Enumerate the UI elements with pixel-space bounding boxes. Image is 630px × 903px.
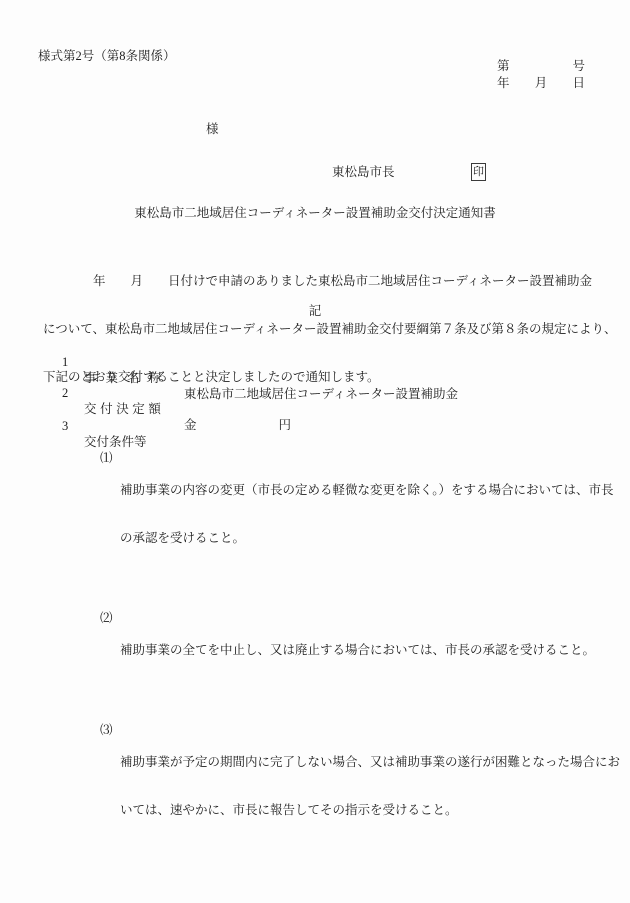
date-day-label: 日 bbox=[572, 75, 585, 91]
conditions-list: ⑴ 補助事業の内容の変更（市長の定める軽微な変更を除く。）をする場合においては、… bbox=[100, 418, 605, 882]
condition-text: 補助事業が予定の期間内に完了しない場合、又は補助事業の遂行が困難となった場合にお… bbox=[120, 722, 620, 850]
condition-line: の承認を受けること。 bbox=[120, 530, 614, 546]
item-value: 東松島市二地域居住コーディネーター設置補助金 bbox=[184, 386, 458, 402]
item-project-name: 1 事業名称 東松島市二地域居住コーディネーター設置補助金 bbox=[0, 338, 630, 354]
condition-item: ⑶ 補助事業が予定の期間内に完了しない場合、又は補助事業の遂行が困難となった場合… bbox=[100, 722, 605, 850]
condition-line: いては、速やかに、市長に報告してその指示を受けること。 bbox=[120, 802, 620, 818]
sender-title: 東松島市長 bbox=[332, 164, 395, 180]
body-line: 年 月 日付けで申請のありました東松島市二地域居住コーディネーター設置補助金 bbox=[43, 274, 603, 290]
seal-box: 印 bbox=[471, 163, 486, 181]
date-line: 年 月 日 bbox=[497, 75, 585, 91]
ki-marker: 記 bbox=[0, 303, 630, 319]
form-number-label: 様式第2号（第8条関係） bbox=[38, 48, 176, 64]
document-number-line: 第 号 bbox=[497, 58, 585, 74]
condition-text: 補助事業の内容の変更（市長の定める軽微な変更を除く。）をする場合においては、市長… bbox=[120, 450, 614, 578]
date-year-label: 年 bbox=[497, 75, 510, 91]
condition-line: 補助事業の内容の変更（市長の定める軽微な変更を除く。）をする場合においては、市長 bbox=[120, 482, 614, 498]
condition-line: 補助事業の全てを中止し、又は廃止する場合においては、市長の承認を受けること。 bbox=[120, 642, 605, 658]
body-line: について、東松島市二地域居住コーディネーター設置補助金交付要綱第７条及び第８条の… bbox=[43, 322, 603, 338]
condition-text: 補助事業の全てを中止し、又は廃止する場合においては、市長の承認を受けること。 bbox=[120, 610, 605, 690]
item-grant-conditions: 3 交付条件等 bbox=[0, 402, 630, 418]
addressee-suffix: 様 bbox=[206, 121, 219, 137]
item-number: 3 bbox=[62, 418, 68, 434]
condition-item: ⑴ 補助事業の内容の変更（市長の定める軽微な変更を除く。）をする場合においては、… bbox=[100, 450, 605, 578]
condition-marker: ⑵ bbox=[100, 610, 120, 690]
condition-marker: ⑶ bbox=[100, 722, 120, 850]
item-grant-amount: 2 交付決定額 金円 bbox=[0, 369, 630, 385]
doc-number-suffix: 号 bbox=[572, 58, 585, 74]
document-page: 様式第2号（第8条関係） 第 号 年 月 日 様 東松島市長 印 東松島市二地域… bbox=[0, 0, 630, 903]
condition-line: 補助事業が予定の期間内に完了しない場合、又は補助事業の遂行が困難となった場合にお bbox=[120, 754, 620, 770]
item-number: 1 bbox=[62, 354, 68, 370]
item-number: 2 bbox=[62, 385, 68, 401]
condition-marker: ⑴ bbox=[100, 450, 120, 578]
condition-item: ⑵ 補助事業の全てを中止し、又は廃止する場合においては、市長の承認を受けること。 bbox=[100, 610, 605, 690]
date-month-label: 月 bbox=[535, 75, 548, 91]
document-title: 東松島市二地域居住コーディネーター設置補助金交付決定通知書 bbox=[0, 205, 630, 221]
doc-number-prefix: 第 bbox=[497, 58, 510, 74]
